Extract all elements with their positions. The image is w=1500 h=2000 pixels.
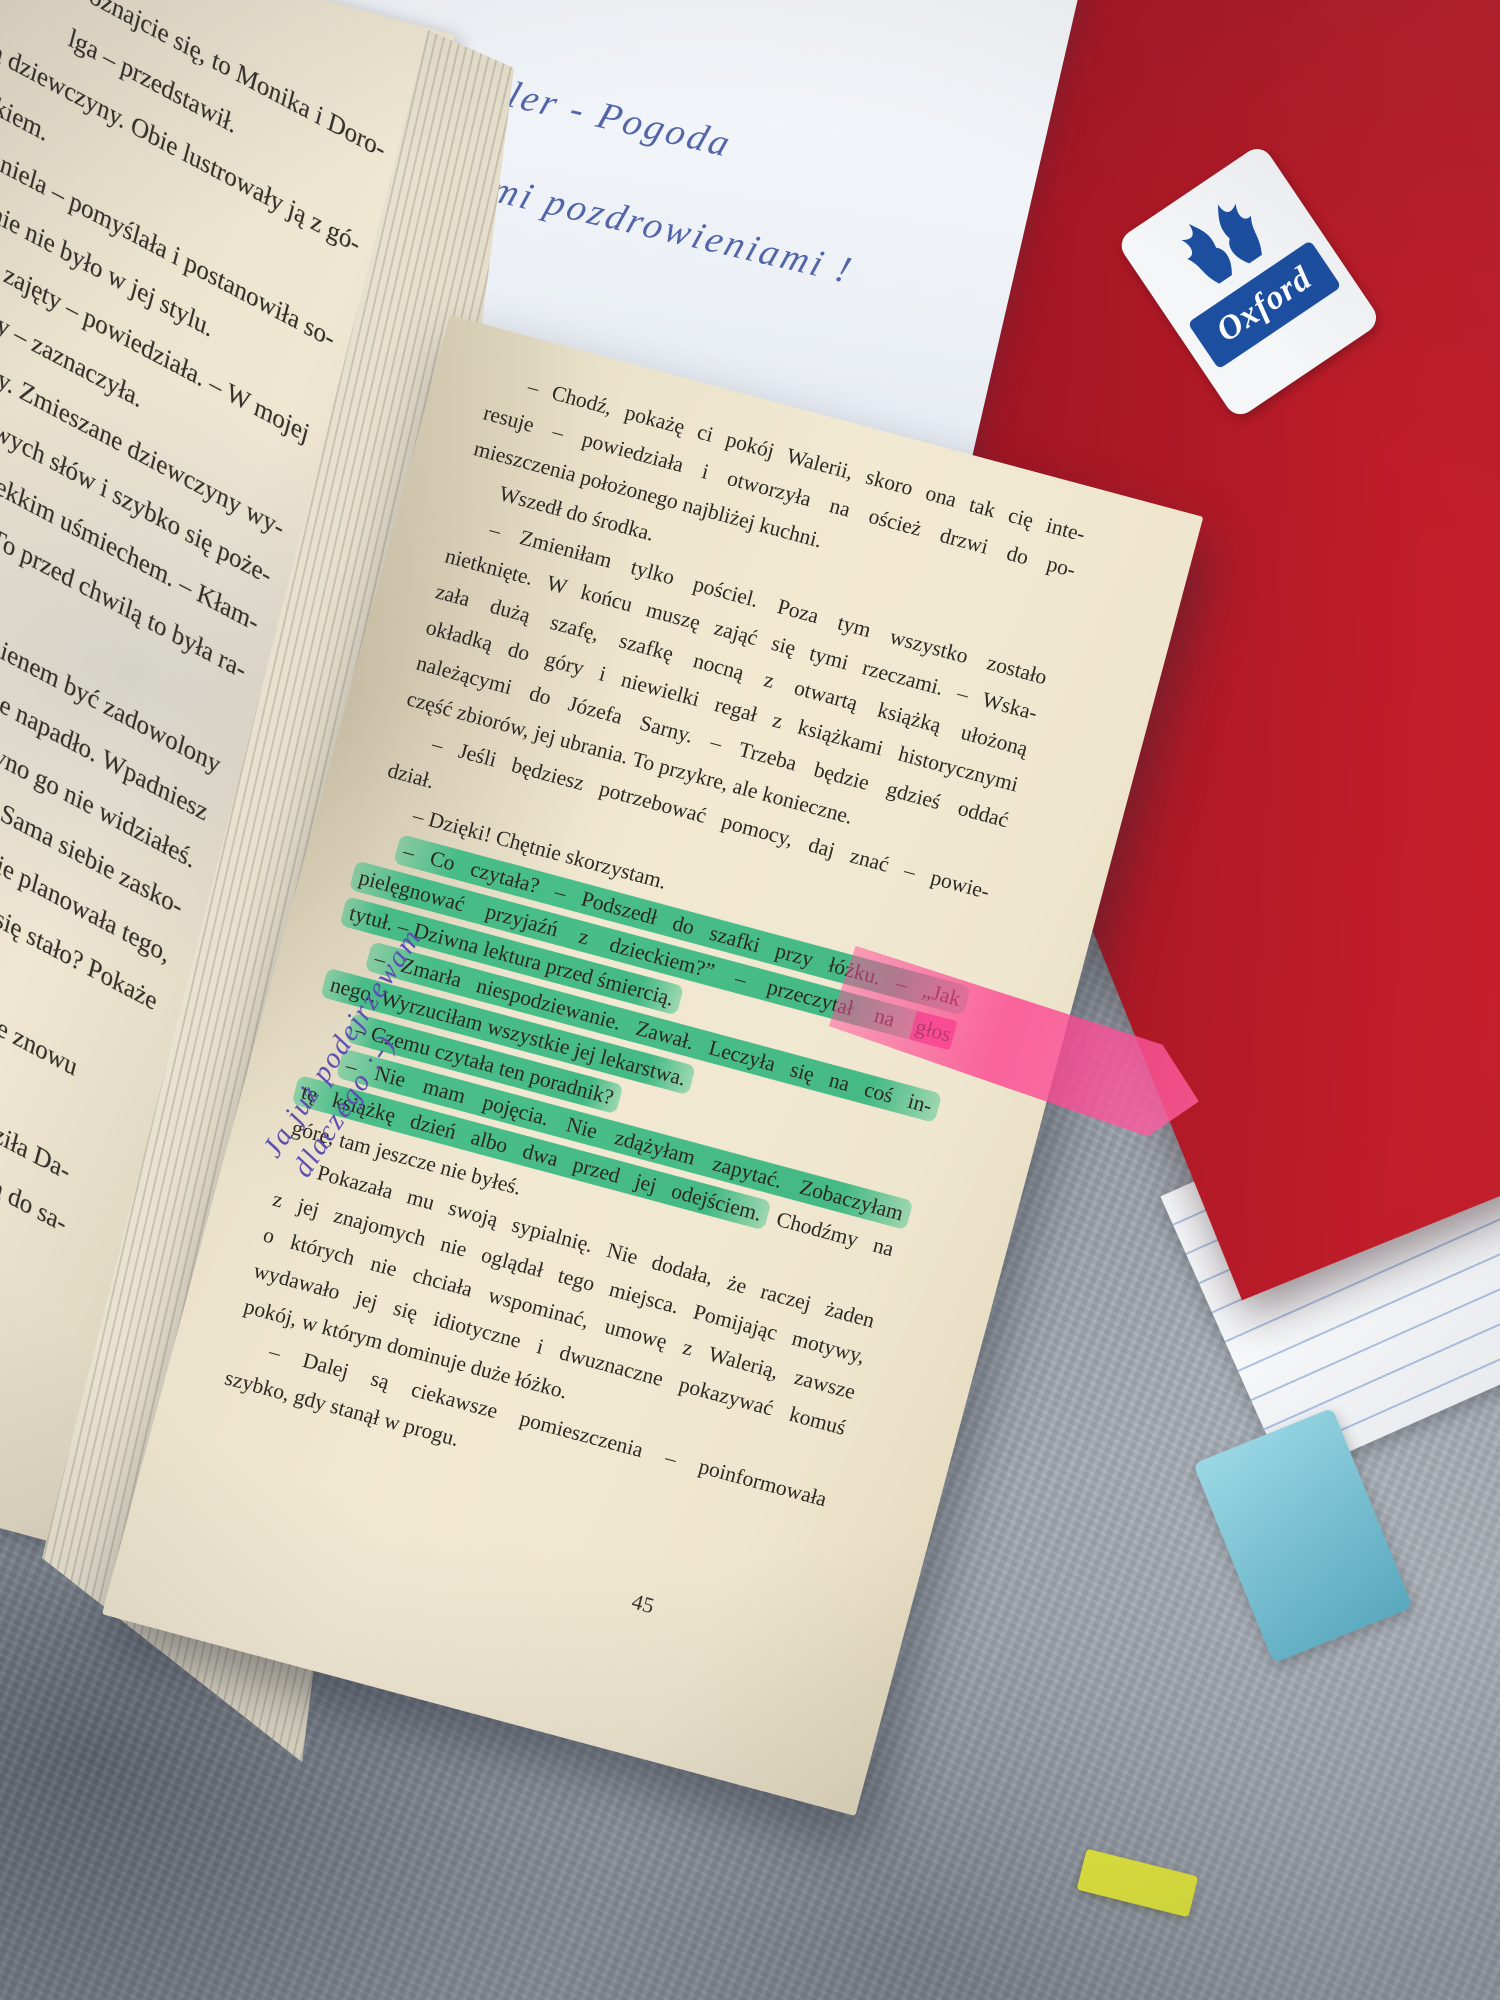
page-number: 45	[562, 1571, 723, 1638]
photo-scene: Oxford łgorzata Hinkler - Pogoda ecznymi…	[0, 0, 1500, 2000]
oxford-logo-badge: Oxford	[1116, 143, 1383, 420]
handwriting-line: ecznymi pozdrowieniami !	[387, 145, 859, 292]
body-text: dział.	[385, 758, 437, 793]
